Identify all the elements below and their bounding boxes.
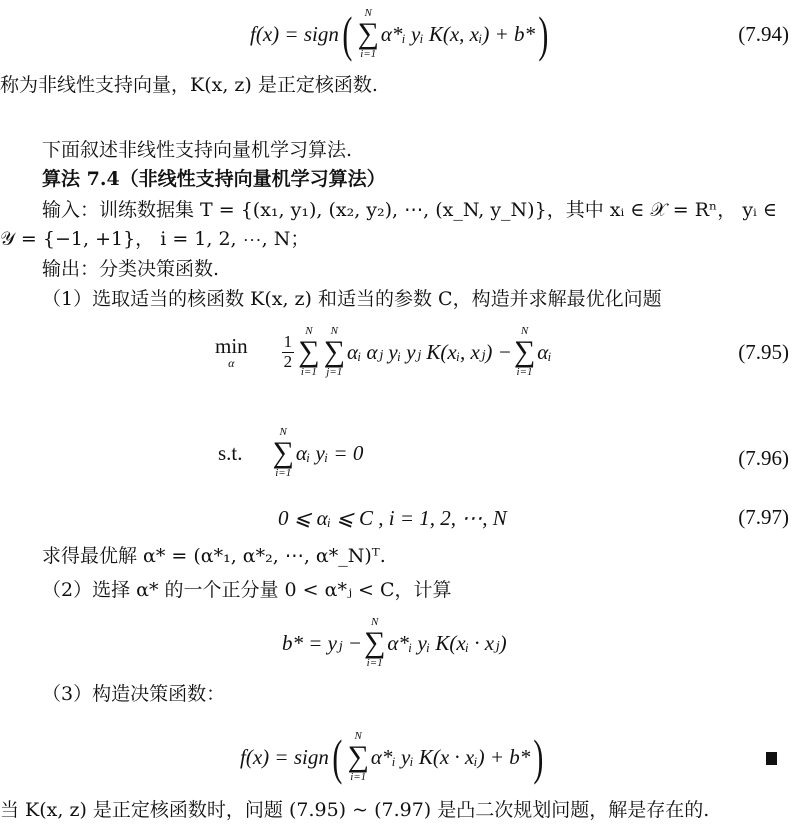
eq-body: α*ᵢ yᵢ K(x, xᵢ) + b*: [381, 22, 535, 47]
left-paren: (: [332, 732, 342, 782]
algorithm-input-cont: 𝒴 = {−1, +1}， i = 1, 2, ⋯, N；: [0, 227, 309, 251]
equation-number: (7.97): [738, 505, 789, 530]
subject-to-label: s.t.: [218, 441, 243, 466]
paragraph-definition: 称为非线性支持向量，K(x, z) 是正定核函数.: [0, 73, 378, 97]
min-operator: min α: [215, 336, 248, 369]
summation-icon: N ∑ i=1: [364, 617, 385, 669]
equation-number: (7.96): [738, 446, 789, 471]
left-paren: (: [342, 9, 352, 59]
eq-body: α*ᵢ yᵢ K(xᵢ · xⱼ): [387, 631, 506, 656]
equation-decision-function: f(x) = sign ( N ∑ i=1 α*ᵢ yᵢ K(x · xᵢ) +…: [240, 726, 547, 788]
optimal-solution: 求得最优解 α* = (α*₁, α*₂, ⋯, α*_N)ᵀ.: [42, 544, 386, 568]
eq-lhs: f(x) = sign: [250, 22, 339, 47]
paragraph-intro: 下面叙述非线性支持向量机学习算法.: [42, 138, 352, 162]
eq-body: αᵢ αⱼ yᵢ yⱼ K(xᵢ, xⱼ) −: [347, 340, 512, 365]
algorithm-input: 输入：训练数据集 T = {(x₁, y₁), (x₂, y₂), ⋯, (x_…: [42, 198, 777, 222]
algorithm-output: 输出：分类决策函数.: [42, 257, 219, 281]
equation-number: (7.94): [738, 22, 789, 47]
algorithm-step-2: （2）选择 α* 的一个正分量 0 < α*ⱼ < C，计算: [42, 578, 452, 602]
eq-lhs: f(x) = sign: [240, 745, 329, 770]
equation-7-96: s.t. N ∑ i=1 αᵢ yᵢ = 0: [218, 425, 363, 481]
equation-7-94: f(x) = sign ( N ∑ i=1 α*ᵢ yᵢ K(x, xᵢ) + …: [250, 4, 552, 64]
summation-icon: N ∑ i=1: [357, 8, 378, 60]
summation-icon: N ∑ i=1: [298, 326, 319, 378]
closing-paragraph: 当 K(x, z) 是正定核函数时，问题 (7.95) ~ (7.97) 是凸二…: [0, 798, 709, 822]
qed-square-icon: [766, 752, 777, 765]
equation-7-95: min α 1 2 N ∑ i=1 N ∑ j=1 αᵢ αⱼ yᵢ yⱼ K(…: [215, 322, 552, 382]
right-paren: ): [534, 732, 544, 782]
summation-icon: N ∑ j=1: [324, 326, 345, 378]
fraction-half: 1 2: [282, 333, 295, 371]
eq-body: αᵢ yᵢ = 0: [296, 441, 363, 466]
summation-icon: N ∑ i=1: [347, 731, 368, 783]
algorithm-title: 算法 7.4（非线性支持向量机学习算法）: [42, 167, 386, 191]
eq-lhs: b* = yⱼ −: [282, 631, 362, 656]
equation-number: (7.95): [738, 340, 789, 365]
equation-7-97: 0 ⩽ αᵢ ⩽ C , i = 1, 2, ⋯, N: [278, 503, 507, 533]
equation-b-star: b* = yⱼ − N ∑ i=1 α*ᵢ yᵢ K(xᵢ · xⱼ): [282, 613, 507, 673]
algorithm-step-1: （1）选取适当的核函数 K(x, z) 和适当的参数 C，构造并求解最优化问题: [42, 287, 662, 311]
eq-body: 0 ⩽ αᵢ ⩽ C , i = 1, 2, ⋯, N: [278, 506, 507, 531]
right-paren: ): [538, 9, 548, 59]
summation-icon: N ∑ i=1: [514, 326, 535, 378]
eq-body: α*ᵢ yᵢ K(x · xᵢ) + b*: [371, 745, 530, 770]
eq-tail: αᵢ: [537, 340, 551, 365]
algorithm-step-3: （3）构造决策函数：: [42, 682, 225, 706]
summation-icon: N ∑ i=1: [273, 427, 294, 479]
